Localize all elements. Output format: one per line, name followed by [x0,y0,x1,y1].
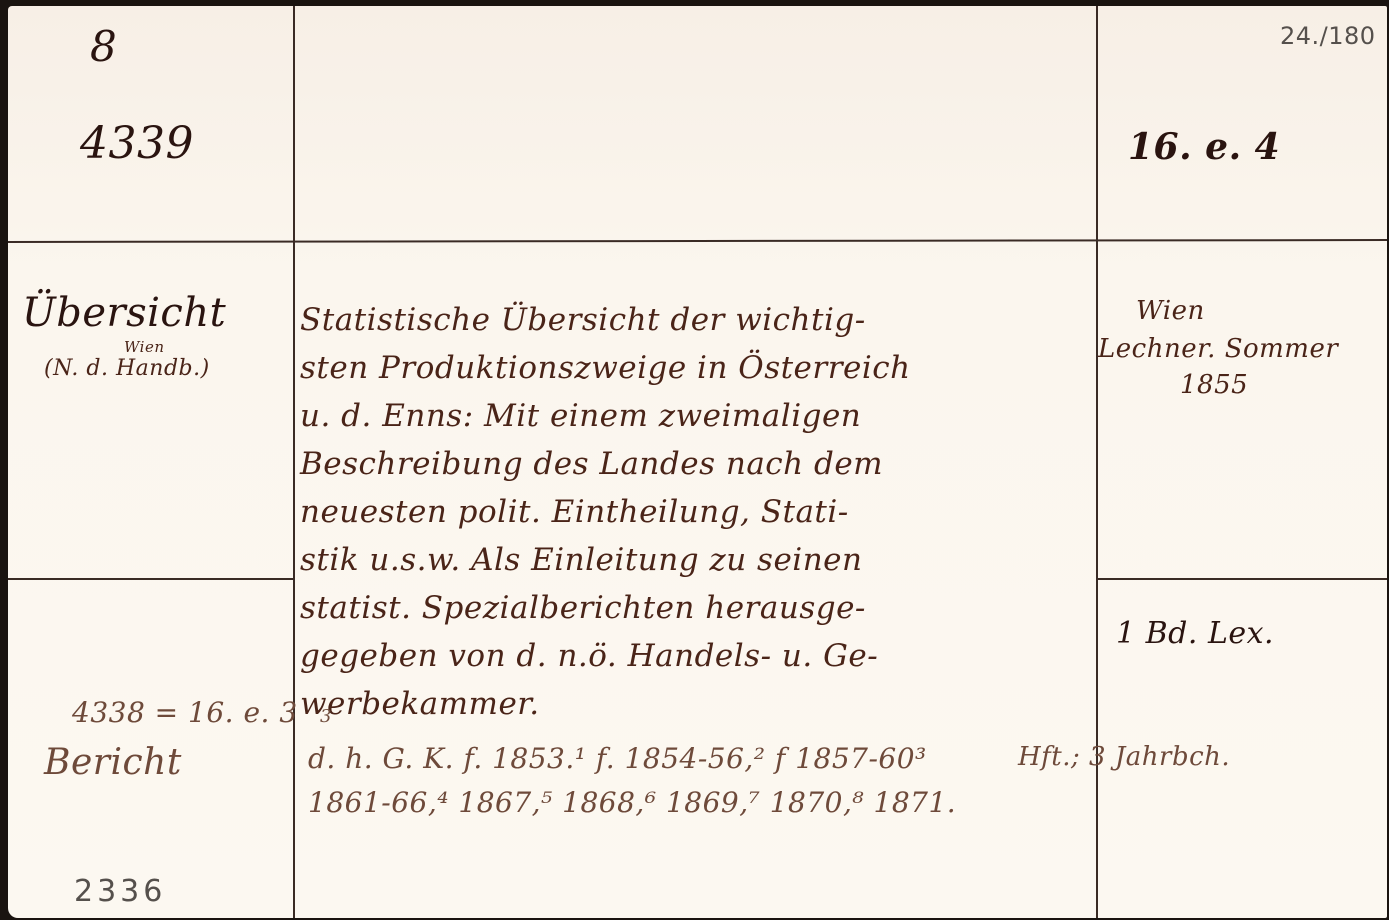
superscript-marker: 3 [320,706,332,727]
cross-reference: 4338 = 16. e. 3 [72,696,298,729]
description-line: neuesten polit. Eintheilung, Stati- [300,494,1100,542]
holdings-line1: d. h. G. K. f. 1853.¹ f. 1854-56,² f 185… [308,742,927,775]
pencil-reference: 24./180 [1280,22,1376,50]
description-line: sten Produktionszweige in Österreich [300,350,1100,398]
column-rule-left [293,6,295,918]
holdings-note: Hft.; 3 Jahrbch. [1018,742,1230,772]
subheading-above: Wien [124,338,165,356]
description: Statistische Übersicht der wichtig- sten… [300,302,1100,734]
description-line: stik u.s.w. Als Einleitung zu seinen [300,542,1100,590]
place-line2: Lechner. Sommer [1098,334,1338,364]
format-note: 1 Bd. Lex. [1116,616,1274,651]
description-line: gegeben von d. n.ö. Handels- u. Ge- [300,638,1100,686]
subheading: (N. d. Handb.) [44,356,210,381]
shelf-mark: 16. e. 4 [1128,126,1280,168]
heading: Übersicht [22,290,226,336]
catalog-number: 4339 [80,118,194,169]
description-line: u. d. Enns: Mit einem zweimaligen [300,398,1100,446]
place-line1: Wien [1136,296,1205,326]
small-number: 8 [90,22,117,71]
bericht-label: Bericht [44,742,182,783]
row-rule-bottom-right [1096,578,1387,580]
description-line: Statistische Übersicht der wichtig- [300,302,1100,350]
pencil-number: 2336 [74,874,166,909]
row-rule-bottom-left [8,578,293,580]
year: 1855 [1180,370,1248,400]
row-rule-top [8,239,1387,243]
description-line: Beschreibung des Landes nach dem [300,446,1100,494]
description-line: werbekammer. [300,686,1100,734]
index-card: 8 4339 24./180 16. e. 4 Übersicht Wien (… [8,6,1387,918]
holdings-line2: 1861-66,⁴ 1867,⁵ 1868,⁶ 1869,⁷ 1870,⁸ 18… [308,786,956,819]
description-line: statist. Spezialberichten herausge- [300,590,1100,638]
